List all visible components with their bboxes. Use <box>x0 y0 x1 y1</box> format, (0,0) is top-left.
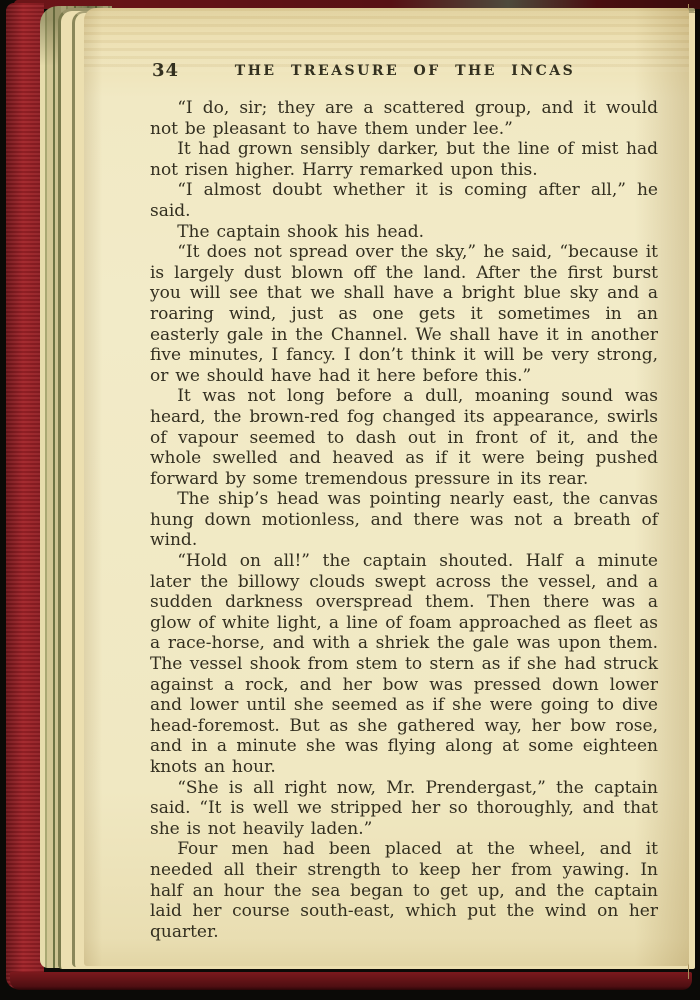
running-title: THE TREASURE OF THE INCAS <box>190 63 620 79</box>
adjacent-page-edge <box>688 4 700 979</box>
paragraph: “Hold on all!” the captain shouted. Half… <box>150 551 658 778</box>
paragraph: It was not long before a dull, moaning s… <box>150 386 658 489</box>
paragraph: “I do, sir; they are a scattered group, … <box>150 98 658 139</box>
screenshot-root: { "book": { "page_number": "34", "runnin… <box>0 0 700 1000</box>
book-photo: 34 THE TREASURE OF THE INCAS “I do, sir;… <box>0 0 700 1000</box>
paragraph: “She is all right now, Mr. Prendergast,”… <box>150 778 658 840</box>
paragraph: The ship’s head was pointing nearly east… <box>150 489 658 551</box>
book-cover-bottom-edge <box>10 972 692 990</box>
paragraph: “It does not spread over the sky,” he sa… <box>150 242 658 386</box>
page-header: 34 THE TREASURE OF THE INCAS <box>150 60 658 84</box>
page-number: 34 <box>152 60 179 81</box>
book-page: 34 THE TREASURE OF THE INCAS “I do, sir;… <box>84 8 689 966</box>
paragraph: The captain shook his head. <box>150 222 658 243</box>
book-cover-spine <box>6 3 44 989</box>
paragraph: Four men had been placed at the wheel, a… <box>150 839 658 942</box>
paragraph: “I almost doubt whether it is coming aft… <box>150 180 658 221</box>
paragraph: It had grown sensibly darker, but the li… <box>150 139 658 180</box>
page-body: “I do, sir; they are a scattered group, … <box>150 98 658 942</box>
